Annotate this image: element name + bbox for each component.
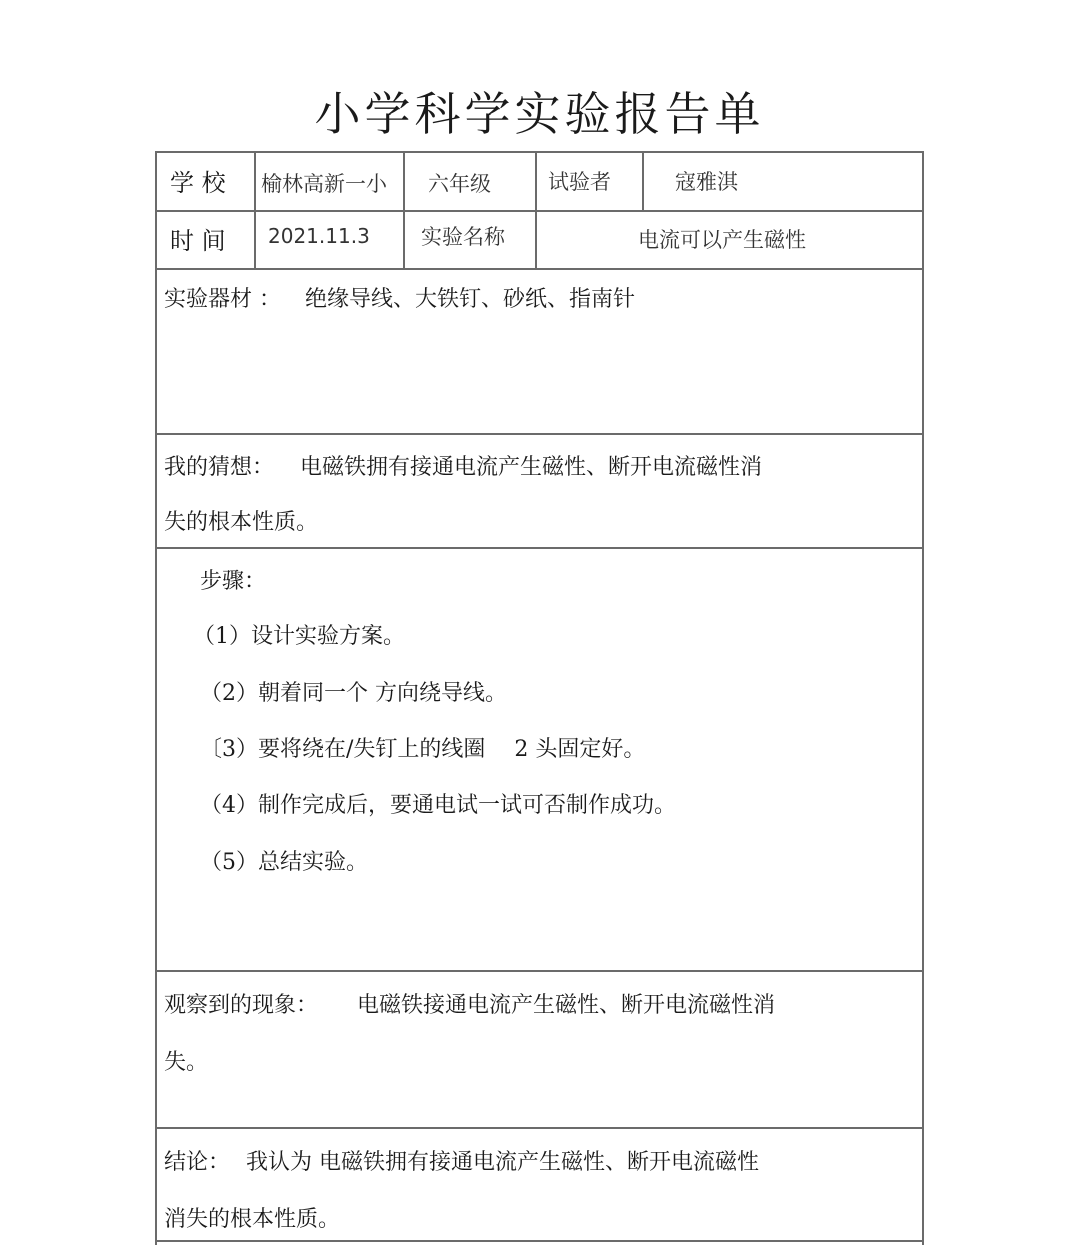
tester-value: 寇雅淇	[675, 166, 738, 196]
tester-label: 试验者	[548, 166, 611, 196]
exp-name-label: 实验名称	[421, 221, 505, 251]
row-divider	[155, 547, 924, 549]
step-item: 〔3）要将绕在/失钉上的线圈 2 头固定好。	[200, 732, 645, 763]
school-label: 学 校	[170, 163, 226, 198]
table-border-top	[155, 151, 924, 153]
col-divider	[403, 151, 405, 268]
step-item: （1）设计实验方案。	[193, 619, 405, 650]
conclusion-line1: 我认为 电磁铁拥有接通电流产生磁性、断开电流磁性	[246, 1145, 759, 1176]
conclusion-label: 结论：	[164, 1145, 230, 1176]
exp-name-value: 电流可以产生磁性	[638, 224, 806, 254]
materials-label: 实验器材 ：	[164, 282, 281, 313]
materials-value: 绝缘导线、大铁钉、砂纸、指南针	[305, 282, 635, 313]
row-divider	[155, 1240, 924, 1242]
observation-line2: 失。	[164, 1045, 208, 1076]
time-value: 2021.11.3	[268, 224, 370, 248]
step-item: （2）朝着同一个 方向绕导线。	[200, 676, 507, 707]
row-divider	[155, 433, 924, 435]
time-label: 时 间	[170, 221, 226, 256]
col-divider	[254, 151, 256, 268]
step-item: （5）总结实验。	[200, 845, 368, 876]
step-item: （4）制作完成后，要通电试一试可否制作成功。	[200, 788, 676, 819]
steps-label: 步骤：	[200, 564, 266, 595]
col-divider	[642, 151, 644, 210]
hypothesis-label: 我的猜想：	[164, 450, 274, 481]
observation-line1: 电磁铁接通电流产生磁性、断开电流磁性消	[357, 988, 775, 1019]
hypothesis-line2: 失的根本性质。	[164, 505, 318, 536]
row-divider	[155, 1127, 924, 1129]
observation-label: 观察到的现象：	[164, 988, 318, 1019]
row-divider	[155, 210, 924, 212]
col-divider	[535, 151, 537, 268]
grade-value: 六年级	[428, 168, 491, 198]
page-title: 小学科学实验报告单	[0, 78, 1079, 144]
hypothesis-line1: 电磁铁拥有接通电流产生磁性、断开电流磁性消	[300, 450, 762, 481]
row-divider	[155, 970, 924, 972]
row-divider	[155, 268, 924, 270]
school-value: 榆林高新一小	[261, 168, 387, 198]
conclusion-line2: 消失的根本性质。	[164, 1202, 340, 1233]
